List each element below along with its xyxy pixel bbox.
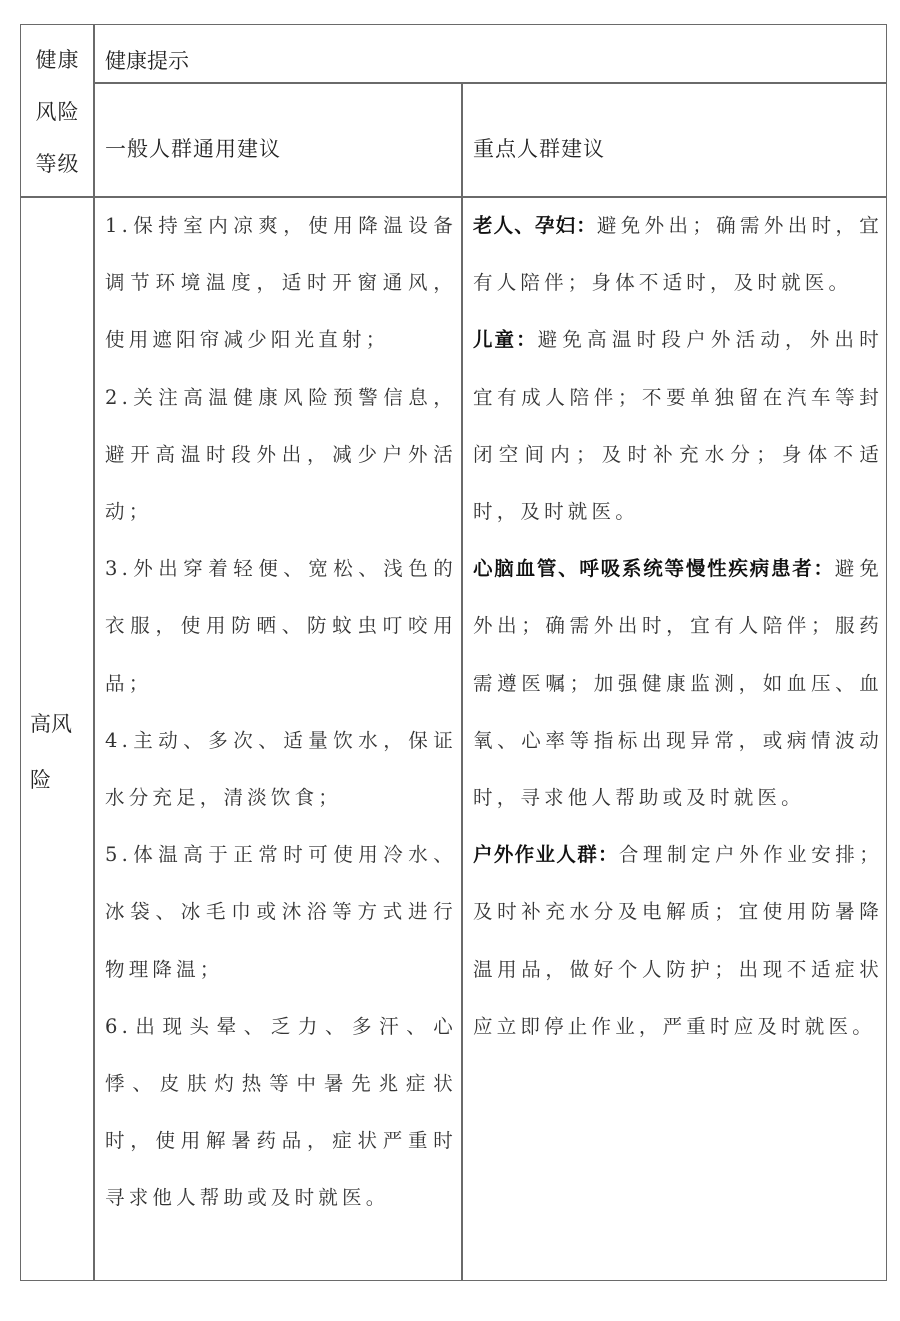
general-advice-item: 6.出现头晕、乏力、多汗、心悸、皮肤灼热等中暑先兆症状时，使用解暑药品，症状严重… (105, 998, 457, 1227)
column-divider-2 (461, 83, 463, 1280)
group-label: 户外作业人群： (473, 843, 619, 866)
general-advice-header: 一般人群通用建议 (94, 83, 462, 197)
health-risk-table: 健康 风险 等级 健康提示 一般人群通用建议 重点人群建议 高风 险 1.保持室… (20, 24, 887, 1281)
group-label: 儿童： (473, 328, 538, 351)
key-group-item-elderly-pregnant: 老人、孕妇：避免外出；确需外出时，宜有人陪伴；身体不适时，及时就医。 (473, 197, 883, 311)
general-advice-item: 2.关注高温健康风险预警信息，避开高温时段外出，减少户外活动； (105, 369, 457, 541)
risk-level-header-line-1: 健康 (36, 44, 80, 74)
general-advice-item: 4.主动、多次、适量饮水，保证水分充足，清淡饮食； (105, 712, 457, 826)
group-advice-text: 合理制定户外作业安排；及时补充水分及电解质；宜使用防暑降温用品，做好个人防护；出… (473, 843, 883, 1038)
group-label: 心脑血管、呼吸系统等慢性疾病患者： (473, 557, 835, 580)
risk-level-cell: 高风 险 (21, 197, 94, 1282)
general-advice-item: 5.体温高于正常时可使用冷水、冰袋、冰毛巾或沐浴等方式进行物理降温； (105, 826, 457, 998)
risk-level-header: 健康 风险 等级 (21, 25, 94, 197)
risk-level-header-line-3: 等级 (36, 148, 80, 178)
risk-level-line-2: 险 (30, 752, 51, 808)
key-group-item-children: 儿童：避免高温时段户外活动，外出时宜有成人陪伴；不要单独留在汽车等封闭空间内；及… (473, 311, 883, 540)
key-group-item-chronic-patients: 心脑血管、呼吸系统等慢性疾病患者：避免外出；确需外出时，宜有人陪伴；服药需遵医嘱… (473, 540, 883, 826)
key-group-advice-header: 重点人群建议 (462, 83, 888, 197)
group-label: 老人、孕妇： (473, 214, 597, 237)
group-advice-text: 避免外出；确需外出时，宜有人陪伴；服药需遵医嘱；加强健康监测，如血压、血氧、心率… (473, 557, 883, 809)
key-group-advice-cell: 老人、孕妇：避免外出；确需外出时，宜有人陪伴；身体不适时，及时就医。 儿童：避免… (473, 197, 883, 1055)
group-advice-text: 避免高温时段户外活动，外出时宜有成人陪伴；不要单独留在汽车等封闭空间内；及时补充… (473, 328, 883, 523)
general-advice-item: 1.保持室内凉爽，使用降温设备调节环境温度，适时开窗通风，使用遮阳帘减少阳光直射… (105, 197, 457, 369)
general-advice-cell: 1.保持室内凉爽，使用降温设备调节环境温度，适时开窗通风，使用遮阳帘减少阳光直射… (105, 197, 457, 1227)
key-group-item-outdoor-workers: 户外作业人群：合理制定户外作业安排；及时补充水分及电解质；宜使用防暑降温用品，做… (473, 826, 883, 1055)
risk-level-line-1: 高风 (30, 696, 72, 752)
general-advice-item: 3.外出穿着轻便、宽松、浅色的衣服，使用防晒、防蚊虫叮咬用品； (105, 540, 457, 712)
health-tips-header: 健康提示 (94, 25, 888, 83)
risk-level-header-line-2: 风险 (36, 96, 80, 126)
